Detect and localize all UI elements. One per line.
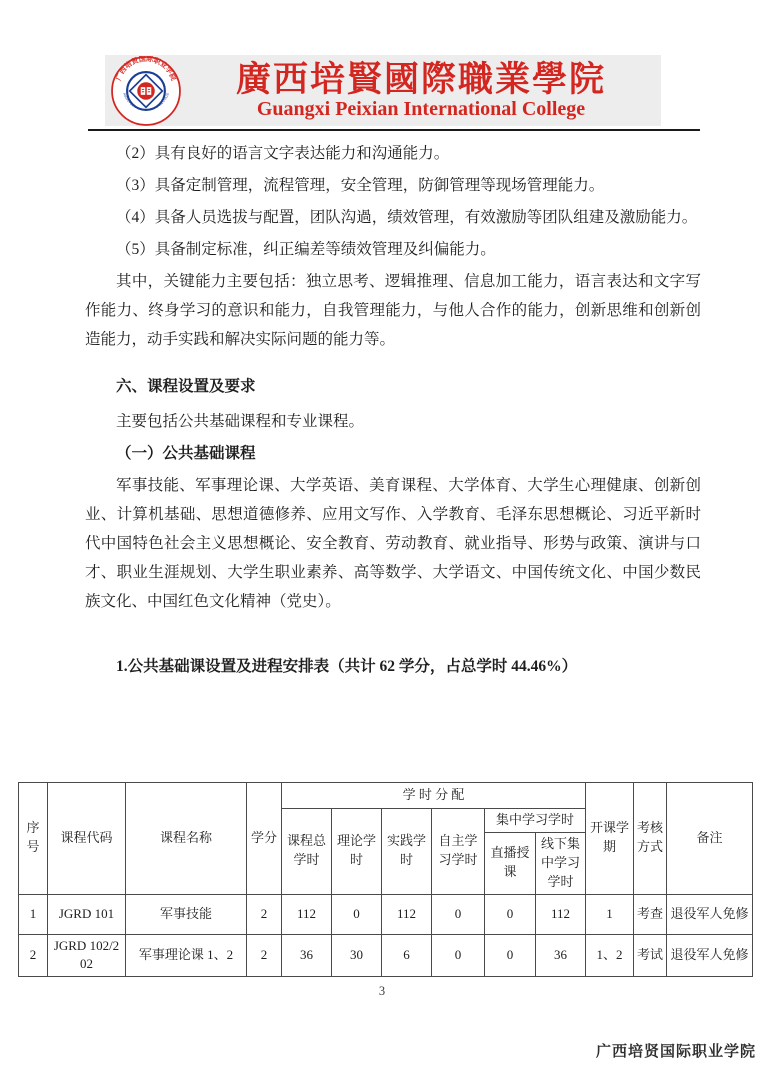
col-header-theory-hours: 理论学时 bbox=[332, 809, 382, 895]
college-titles: 廣西培賢國際職業學院 Guangxi Peixian International… bbox=[181, 62, 661, 119]
college-emblem-icon: 广西培贤国际职业学院 GUANGXI PEIXIAN INTERNATIONAL… bbox=[111, 56, 181, 126]
cell-live-teaching: 0 bbox=[485, 894, 536, 934]
public-courses-list: 军事技能、军事理论课、大学英语、美育课程、大学体育、大学生心理健康、创新创业、计… bbox=[85, 471, 701, 616]
col-header-seq: 序号 bbox=[19, 783, 48, 895]
document-page: 广西培贤国际职业学院 GUANGXI PEIXIAN INTERNATIONAL… bbox=[0, 0, 764, 1080]
cell-semester: 1 bbox=[586, 894, 634, 934]
cell-total-hours: 36 bbox=[282, 934, 332, 977]
cell-course-name: 军事理论课 1、2 bbox=[126, 934, 247, 977]
college-name-chinese: 廣西培賢國際職業學院 bbox=[181, 62, 661, 97]
college-name-english: Guangxi Peixian International College bbox=[181, 99, 661, 119]
course-schedule-table: 序号 课程代码 课程名称 学分 学 时 分 配 开课学期 考核方式 备注 课程总… bbox=[18, 782, 753, 977]
header-divider bbox=[88, 129, 700, 131]
cell-semester: 1、2 bbox=[586, 934, 634, 977]
col-header-concentrated-hours: 集中学习学时 bbox=[485, 809, 586, 833]
cell-course-code: JGRD 101 bbox=[48, 894, 126, 934]
ability-item-3: （3）具备定制管理，流程管理，安全管理，防御管理等现场管理能力。 bbox=[85, 171, 701, 200]
cell-theory-hours: 0 bbox=[332, 894, 382, 934]
col-header-hours-allocation: 学 时 分 配 bbox=[282, 783, 586, 809]
cell-theory-hours: 30 bbox=[332, 934, 382, 977]
cell-credits: 2 bbox=[247, 934, 282, 977]
table-caption: 1.公共基础课设置及进程安排表（共计 62 学分，占总学时 44.46%） bbox=[85, 652, 701, 681]
col-header-course-code: 课程代码 bbox=[48, 783, 126, 895]
col-header-assessment: 考核方式 bbox=[634, 783, 667, 895]
cell-practice-hours: 6 bbox=[382, 934, 432, 977]
cell-offline-concentrated: 112 bbox=[536, 894, 586, 934]
table-row-2: 2 JGRD 102/202 军事理论课 1、2 2 36 30 6 0 0 3… bbox=[19, 934, 753, 977]
col-header-course-name: 课程名称 bbox=[126, 783, 247, 895]
page-number: 3 bbox=[0, 984, 764, 999]
ability-item-4: （4）具备人员选拔与配置，团队沟過，绩效管理，有效激励等团队组建及激励能力。 bbox=[85, 203, 701, 232]
cell-assessment: 考试 bbox=[634, 934, 667, 977]
cell-remarks: 退役军人免修 bbox=[667, 894, 753, 934]
section-intro: 主要包括公共基础课程和专业课程。 bbox=[85, 407, 701, 436]
cell-seq: 1 bbox=[19, 894, 48, 934]
ability-item-2: （2）具有良好的语言文字表达能力和沟通能力。 bbox=[85, 139, 701, 168]
key-abilities-paragraph: 其中，关键能力主要包括：独立思考、逻辑推理、信息加工能力，语言表达和文字写作能力… bbox=[85, 267, 701, 354]
reader-watermark: 广西培贤国际职业学院 bbox=[596, 1040, 756, 1061]
college-header: 广西培贤国际职业学院 GUANGXI PEIXIAN INTERNATIONAL… bbox=[105, 55, 661, 126]
col-header-self-study-hours: 自主学习学时 bbox=[432, 809, 485, 895]
cell-seq: 2 bbox=[19, 934, 48, 977]
cell-total-hours: 112 bbox=[282, 894, 332, 934]
cell-live-teaching: 0 bbox=[485, 934, 536, 977]
subsection-heading-public-courses: （一）公共基础课程 bbox=[85, 439, 701, 468]
cell-self-study-hours: 0 bbox=[432, 894, 485, 934]
ability-item-5: （5）具备制定标准，纠正编差等绩效管理及纠偏能力。 bbox=[85, 235, 701, 264]
cell-credits: 2 bbox=[247, 894, 282, 934]
table-row-1: 1 JGRD 101 军事技能 2 112 0 112 0 0 112 1 考查… bbox=[19, 894, 753, 934]
col-header-semester: 开课学期 bbox=[586, 783, 634, 895]
college-logo: 广西培贤国际职业学院 GUANGXI PEIXIAN INTERNATIONAL… bbox=[111, 56, 181, 126]
cell-course-name: 军事技能 bbox=[126, 894, 247, 934]
col-header-credits: 学分 bbox=[247, 783, 282, 895]
cell-practice-hours: 112 bbox=[382, 894, 432, 934]
col-header-offline-concentrated: 线下集中学习学时 bbox=[536, 833, 586, 895]
cell-assessment: 考查 bbox=[634, 894, 667, 934]
cell-self-study-hours: 0 bbox=[432, 934, 485, 977]
col-header-total-hours: 课程总学时 bbox=[282, 809, 332, 895]
cell-remarks: 退役军人免修 bbox=[667, 934, 753, 977]
cell-course-code: JGRD 102/202 bbox=[48, 934, 126, 977]
section-heading-courses: 六、课程设置及要求 bbox=[85, 372, 701, 401]
col-header-remarks: 备注 bbox=[667, 783, 753, 895]
col-header-live-teaching: 直播授课 bbox=[485, 833, 536, 895]
document-body: （2）具有良好的语言文字表达能力和沟通能力。 （3）具备定制管理，流程管理，安全… bbox=[85, 139, 701, 681]
col-header-practice-hours: 实践学时 bbox=[382, 809, 432, 895]
cell-offline-concentrated: 36 bbox=[536, 934, 586, 977]
